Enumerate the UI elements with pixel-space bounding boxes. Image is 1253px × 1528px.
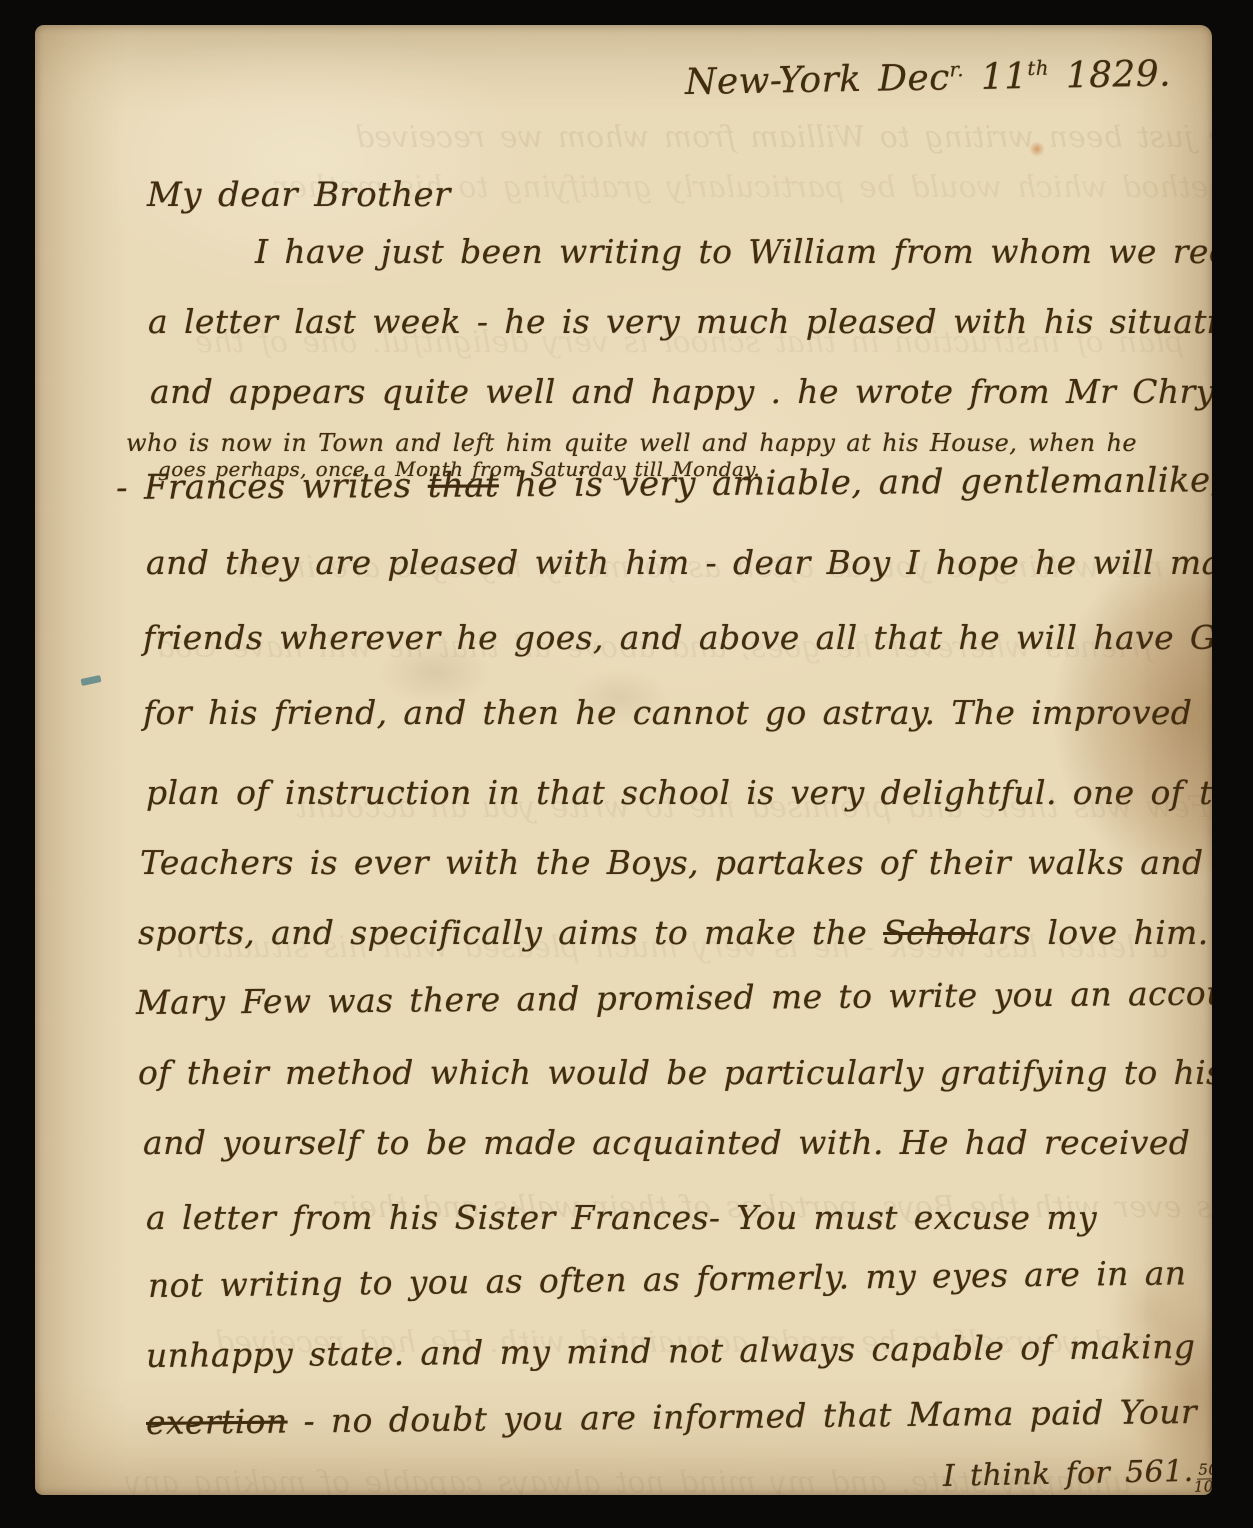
letter-line: for his friend, and then he cannot go as… (143, 693, 1192, 732)
letter-line: I have just been writing to William from… (255, 232, 1212, 271)
dateline-day-sup: th (1027, 57, 1049, 80)
letter-line: and appears quite well and happy . he wr… (150, 372, 1212, 411)
amount-fraction: 50100 (1193, 1462, 1212, 1495)
letter-line: a letter last week - he is very much ple… (148, 302, 1212, 341)
letter-line: sports, and specifically aims to make th… (138, 913, 1209, 952)
letter-line: friends wherever he goes, and above all … (143, 618, 1212, 657)
letter-line: - Frances writes that he is very amiable… (116, 460, 1212, 508)
letter-page: I have just been writing to William from… (35, 25, 1212, 1495)
dateline: New-York Decr. 11th 1829. (685, 54, 1172, 103)
letter-line: and yourself to be made acquainted with.… (143, 1123, 1190, 1162)
letter-line: Mary Few was there and promised me to wr… (136, 973, 1212, 1022)
letter-line: a letter from his Sister Frances- You mu… (146, 1198, 1097, 1237)
dateline-day: 11 (964, 56, 1028, 98)
bleedthrough-text: I have just been writing to William from… (355, 120, 1212, 155)
closing-line: I think for 561.50100. She (943, 1451, 1212, 1495)
scanned-letter-background: I have just been writing to William from… (0, 0, 1253, 1528)
dateline-month: Dec (878, 57, 950, 99)
letter-line: exertion - no doubt you are informed tha… (146, 1391, 1212, 1442)
salutation: My dear Brother (147, 175, 451, 215)
letter-line: unhappy state. and my mind not always ca… (146, 1326, 1212, 1375)
dateline-city: New-York (685, 59, 879, 103)
dateline-month-sup: r. (949, 58, 964, 81)
letter-line: of their method which would be particula… (138, 1053, 1212, 1092)
ink-mark (80, 675, 101, 686)
letter-line: and they are pleased with him - dear Boy… (146, 543, 1212, 582)
letter-line-interlined: who is now in Town and left him quite we… (126, 429, 1137, 457)
letter-line: Teachers is ever with the Boys, partakes… (140, 843, 1212, 882)
letter-line: plan of instruction in that school is ve… (146, 773, 1212, 812)
letter-line: not writing to you as often as formerly.… (148, 1253, 1187, 1305)
dateline-year: 1829. (1049, 54, 1172, 97)
